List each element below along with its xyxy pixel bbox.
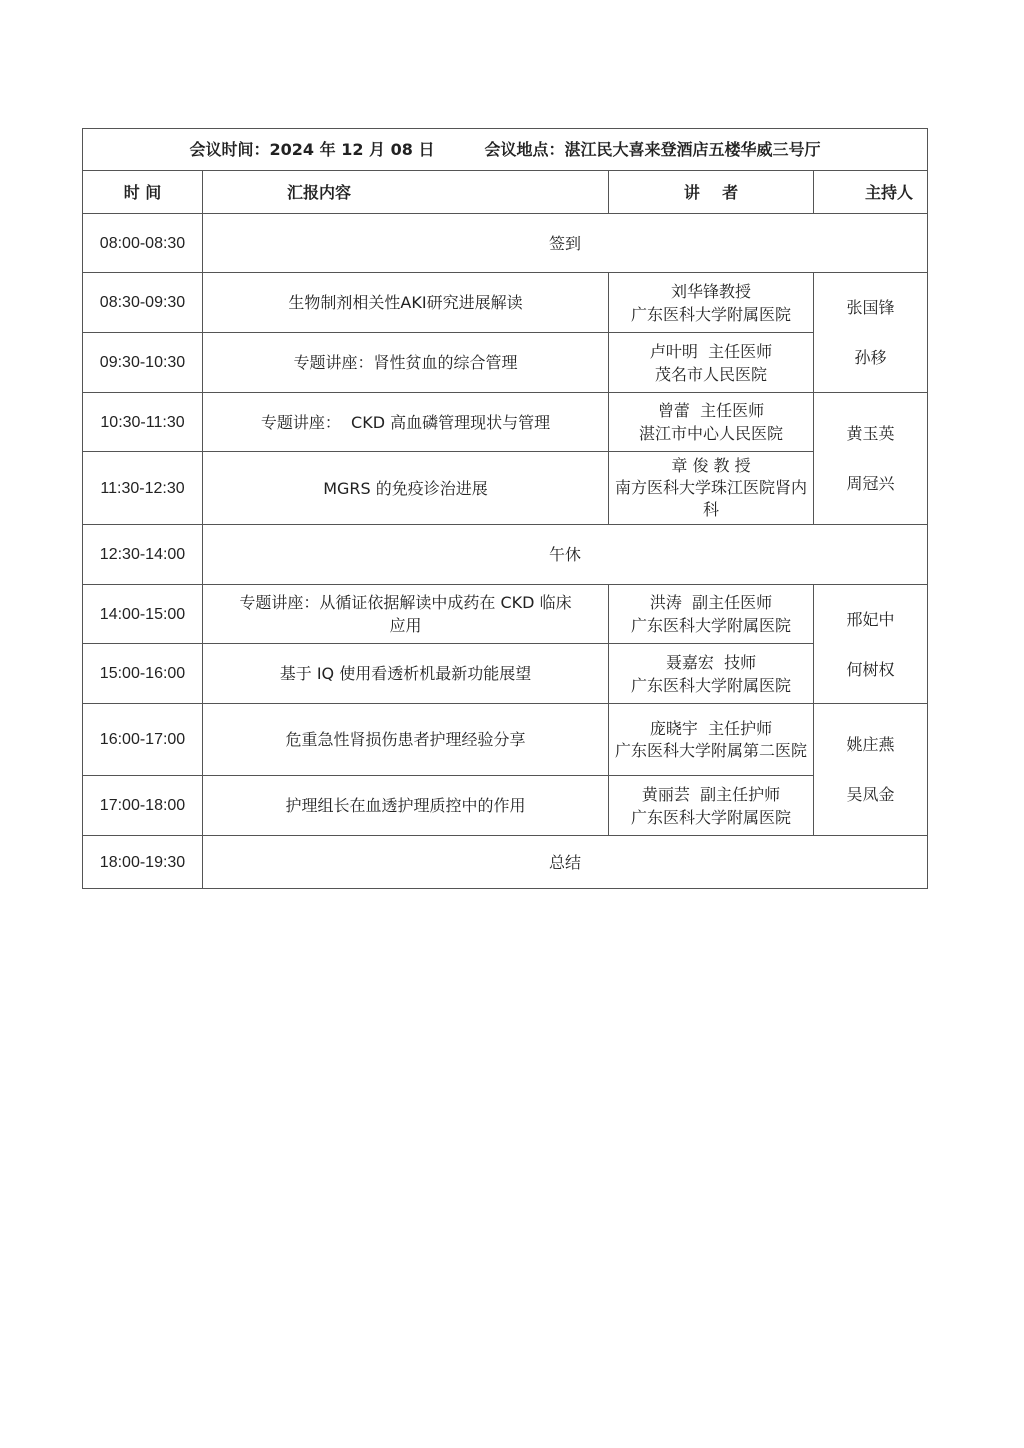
time-cell: 11:30-12:30 [83,452,203,525]
time-cell: 08:30-09:30 [83,273,203,333]
time-cell: 12:30-14:00 [83,525,203,585]
speaker-org: 广东医科大学附属医院 [613,674,809,697]
speaker-name: 黄丽芸 副主任护师 [613,783,809,806]
topic-cell: 基于 IQ 使用看透析机最新功能展望 [203,644,609,704]
speaker-cell: 黄丽芸 副主任护师 广东医科大学附属医院 [609,776,814,836]
table-row: 08:30-09:30 生物制剂相关性AKI研究进展解读 刘华锋教授 广东医科大… [83,273,928,333]
speaker-name: 章 俊 教 授 [613,455,809,477]
table-row: 14:00-15:00 专题讲座：从循证依据解读中成药在 CKD 临床应用 洪涛… [83,585,928,644]
time-cell: 08:00-08:30 [83,214,203,273]
topic-cell: 专题讲座： CKD 高血磷管理现状与管理 [203,393,609,452]
speaker-cell: 章 俊 教 授 南方医科大学珠江医院肾内科 [609,452,814,525]
speaker-org: 茂名市人民医院 [613,363,809,386]
time-cell: 14:00-15:00 [83,585,203,644]
host-cell: 姚庄燕 吴凤金 [814,704,928,836]
speaker-org: 广东医科大学附属第二医院 [613,740,809,762]
table-row: 17:00-18:00 护理组长在血透护理质控中的作用 黄丽芸 副主任护师 广东… [83,776,928,836]
time-cell: 15:00-16:00 [83,644,203,704]
col-header-host: 主持人 [814,171,928,214]
table-row: 09:30-10:30 专题讲座：肾性贫血的综合管理 卢叶明 主任医师 茂名市人… [83,333,928,393]
col-header-content: 汇报内容 [203,171,609,214]
host-cell: 张国锋 孙移 [814,273,928,393]
speaker-cell: 洪涛 副主任医师 广东医科大学附属医院 [609,585,814,644]
topic-cell: 护理组长在血透护理质控中的作用 [203,776,609,836]
speaker-name: 庞晓宇 主任护师 [613,718,809,740]
topic-cell: 专题讲座：肾性贫血的综合管理 [203,333,609,393]
speaker-name: 刘华锋教授 [613,280,809,303]
speaker-name: 聂嘉宏 技师 [613,651,809,674]
host-cell: 邢妃中 何树权 [814,585,928,704]
host-name: 邢妃中 [818,608,923,631]
topic-cell: 专题讲座：从循证依据解读中成药在 CKD 临床应用 [203,585,609,644]
host-name: 孙移 [818,346,923,369]
host-name: 何树权 [818,658,923,681]
meeting-info-row: 会议时间：2024 年 12 月 08 日会议地点：湛江民大喜来登酒店五楼华威三… [83,129,928,171]
agenda-table: 会议时间：2024 年 12 月 08 日会议地点：湛江民大喜来登酒店五楼华威三… [82,128,928,889]
meeting-place: 会议地点：湛江民大喜来登酒店五楼华威三号厅 [484,140,820,159]
meeting-time: 会议时间：2024 年 12 月 08 日 [190,140,435,159]
table-row: 12:30-14:00 午休 [83,525,928,585]
col-header-speaker: 讲 者 [609,171,814,214]
topic-cell: 签到 [203,214,928,273]
speaker-cell: 庞晓宇 主任护师 广东医科大学附属第二医院 [609,704,814,776]
speaker-org: 广东医科大学附属医院 [613,614,809,637]
time-cell: 09:30-10:30 [83,333,203,393]
speaker-cell: 聂嘉宏 技师 广东医科大学附属医院 [609,644,814,704]
topic-cell: 危重急性肾损伤患者护理经验分享 [203,704,609,776]
speaker-org: 南方医科大学珠江医院肾内科 [613,477,809,521]
speaker-name: 卢叶明 主任医师 [613,340,809,363]
topic-cell: MGRS 的免疫诊治进展 [203,452,609,525]
host-name: 黄玉英 [818,422,923,445]
speaker-cell: 曾蕾 主任医师 湛江市中心人民医院 [609,393,814,452]
topic-cell: 总结 [203,836,928,889]
host-name: 姚庄燕 [818,733,923,756]
header-row: 时 间 汇报内容 讲 者 主持人 [83,171,928,214]
speaker-org: 广东医科大学附属医院 [613,806,809,829]
host-cell: 黄玉英 周冠兴 [814,393,928,525]
speaker-name: 洪涛 副主任医师 [613,591,809,614]
table-row: 16:00-17:00 危重急性肾损伤患者护理经验分享 庞晓宇 主任护师 广东医… [83,704,928,776]
host-name: 周冠兴 [818,472,923,495]
table-row: 11:30-12:30 MGRS 的免疫诊治进展 章 俊 教 授 南方医科大学珠… [83,452,928,525]
topic-cell: 生物制剂相关性AKI研究进展解读 [203,273,609,333]
document-page: 会议时间：2024 年 12 月 08 日会议地点：湛江民大喜来登酒店五楼华威三… [0,0,1024,1448]
time-cell: 17:00-18:00 [83,776,203,836]
col-header-time: 时 间 [83,171,203,214]
speaker-org: 湛江市中心人民医院 [613,422,809,445]
speaker-name: 曾蕾 主任医师 [613,399,809,422]
time-cell: 10:30-11:30 [83,393,203,452]
table-row: 15:00-16:00 基于 IQ 使用看透析机最新功能展望 聂嘉宏 技师 广东… [83,644,928,704]
table-row: 10:30-11:30 专题讲座： CKD 高血磷管理现状与管理 曾蕾 主任医师… [83,393,928,452]
table-row: 08:00-08:30 签到 [83,214,928,273]
speaker-cell: 刘华锋教授 广东医科大学附属医院 [609,273,814,333]
topic-cell: 午休 [203,525,928,585]
time-cell: 16:00-17:00 [83,704,203,776]
host-name: 吴凤金 [818,783,923,806]
time-cell: 18:00-19:30 [83,836,203,889]
speaker-cell: 卢叶明 主任医师 茂名市人民医院 [609,333,814,393]
host-name: 张国锋 [818,296,923,319]
table-row: 18:00-19:30 总结 [83,836,928,889]
speaker-org: 广东医科大学附属医院 [613,303,809,326]
